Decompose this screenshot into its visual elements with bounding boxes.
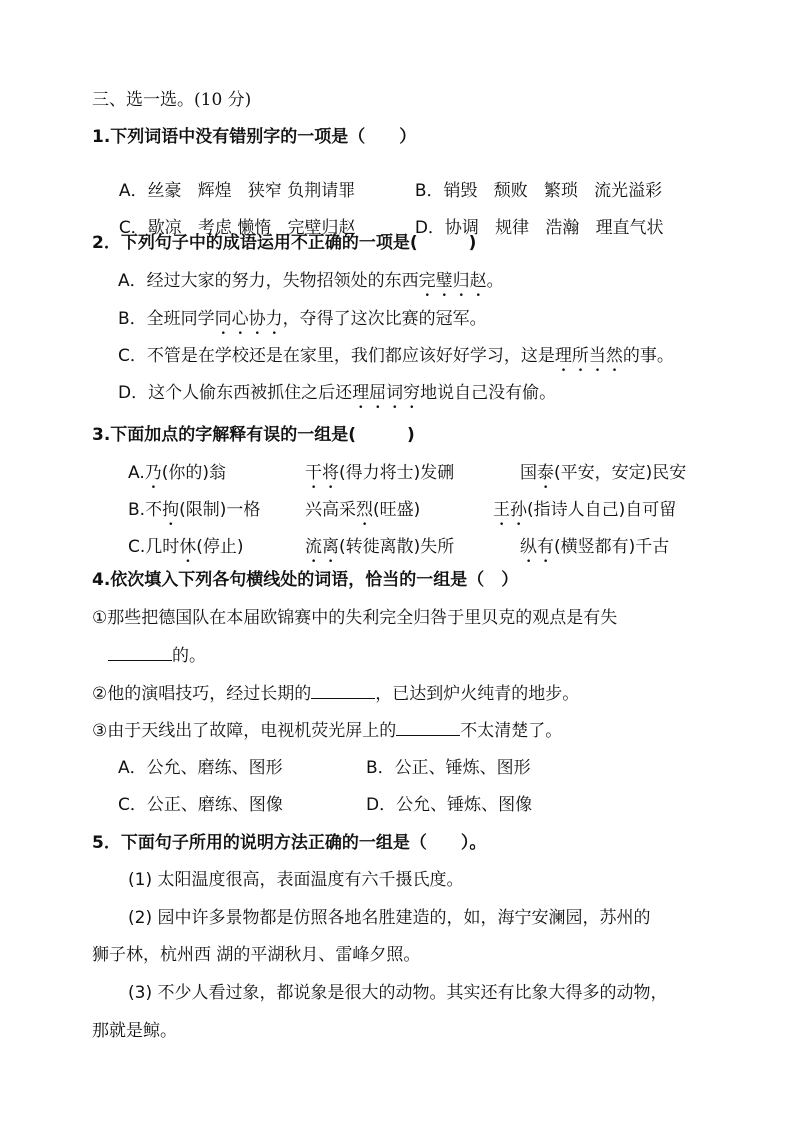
- word: 浩瀚: [545, 218, 579, 238]
- option-label: C.: [128, 537, 145, 557]
- fill-blank-1[interactable]: [108, 644, 172, 661]
- text: 公正、磨练、图像: [147, 795, 283, 815]
- q4-sentence-1: ①那些把德国队在本届欧锦赛中的失利完全归咎于里贝克的观点是有失: [92, 607, 617, 629]
- text: 国: [520, 463, 537, 483]
- text: (平安，安定)民安: [554, 463, 686, 483]
- text: ③由于天线出了故障，电视机荧光屏上的: [92, 721, 396, 741]
- text: 几时: [145, 537, 179, 557]
- text: 不太清楚了。: [460, 721, 562, 741]
- word: 规律: [495, 218, 529, 238]
- text: 。: [487, 271, 504, 291]
- text: (得力将士)发硎: [339, 463, 454, 483]
- dotted-char: 流离: [305, 537, 339, 557]
- text: ②他的演唱技巧，经过长期的: [92, 684, 311, 704]
- dotted-char: 休: [179, 537, 196, 557]
- text: (停止): [196, 537, 243, 557]
- q5-sentence-2: (2) 园中许多景物都是仿照各地名胜建造的，如，海宁安澜园，苏州的: [128, 907, 650, 929]
- text: (横竖都有)千古: [554, 537, 669, 557]
- option-label: B.: [128, 500, 145, 520]
- q3-b-item-3: 王孙(指诗人自己)自可留: [493, 499, 676, 530]
- q4-sentence-1-cont: 的。: [108, 644, 206, 667]
- dotted-char: 泰: [537, 463, 554, 483]
- text: 的。: [172, 646, 206, 666]
- text: 地说自己没有偷。: [420, 383, 556, 403]
- dotted-idiom: 同心协力: [215, 309, 283, 329]
- q5-sentence-3: (3) 不少人看过象，都说象是很大的动物。其实还有比象大得多的动物，: [128, 982, 667, 1004]
- q3-c-item-2: 流离(转徙离散)失所: [305, 536, 454, 567]
- text: (旺盛): [373, 500, 420, 520]
- dotted-char: 王孙: [493, 500, 527, 520]
- text: ，夺得了这次比赛的冠军。: [283, 309, 487, 329]
- q2-option-d[interactable]: D．这个人偷东西被抓住之后还理屈词穷地说自己没有偷。: [118, 382, 556, 413]
- question-4-stem: 4.依次填入下列各句横线处的词语，恰当的一组是（ ）: [92, 569, 518, 591]
- option-label: C．: [118, 795, 147, 815]
- text: 这个人偷东西被抓住之后还: [148, 383, 352, 403]
- dotted-char: 拘: [162, 500, 179, 520]
- q3-a-item-3: 国泰(平安，安定)民安: [520, 462, 686, 493]
- q4-option-b[interactable]: B．公正、锤炼、图形: [366, 757, 531, 779]
- q2-option-a[interactable]: A．经过大家的努力，失物招领处的东西完璧归赵。: [118, 270, 504, 301]
- text: (指诗人自己)自可留: [527, 500, 676, 520]
- text: 全班同学: [147, 309, 215, 329]
- dotted-char: 乃: [145, 463, 162, 483]
- q4-option-d[interactable]: D．公允、锤炼、图像: [366, 794, 532, 816]
- option-label: D．: [118, 383, 148, 403]
- option-label: D．: [366, 795, 396, 815]
- option-label: A.: [128, 463, 145, 483]
- text: ，已达到炉火纯青的地步。: [375, 684, 579, 704]
- dotted-idiom: 理屈词穷: [352, 383, 420, 403]
- q3-a-item-2: 干将(得力将士)发硎: [305, 462, 454, 493]
- q3-c-item-1[interactable]: C.几时休(停止): [128, 536, 244, 567]
- word: 理直气状: [596, 218, 664, 238]
- q5-sentence-3-cont: 那就是鲸。: [92, 1020, 177, 1042]
- text: 公允、锤炼、图像: [396, 795, 532, 815]
- text: 经过大家的努力，失物招领处的东西: [147, 271, 419, 291]
- q4-sentence-2: ②他的演唱技巧，经过长期的，已达到炉火纯青的地步。: [92, 682, 579, 705]
- text: (你的)翁: [162, 463, 226, 483]
- section-title: 三、选一选。(10 分): [92, 89, 251, 111]
- q4-option-c[interactable]: C．公正、磨练、图像: [118, 794, 283, 816]
- dotted-char: 干将: [305, 463, 339, 483]
- q5-sentence-2-cont: 狮子林，杭州西 湖的平湖秋月、雷峰夕照。: [92, 944, 420, 966]
- text: 的事。: [623, 346, 674, 366]
- option-label: B．: [118, 309, 147, 329]
- option-label: A．: [118, 271, 147, 291]
- dotted-idiom: 完璧归赵: [419, 271, 487, 291]
- q3-b-item-1[interactable]: B.不拘(限制)一格: [128, 499, 260, 530]
- q2-option-c[interactable]: C．不管是在学校还是在家里，我们都应该好好学习，这是理所当然的事。: [118, 345, 674, 376]
- q4-option-a[interactable]: A．公允、磨练、图形: [118, 757, 283, 779]
- text: 不: [145, 500, 162, 520]
- question-3-stem: 3.下面加点的字解释有误的一组是( ): [92, 424, 415, 446]
- text: (限制)一格: [179, 500, 260, 520]
- q2-option-b[interactable]: B．全班同学同心协力，夺得了这次比赛的冠军。: [118, 308, 487, 339]
- question-2-stem: 2．下列句子中的成语运用不正确的一项是( ): [92, 232, 476, 254]
- q5-sentence-1: (1) 太阳温度很高，表面温度有六千摄氏度。: [128, 869, 463, 891]
- text: 不管是在学校还是在家里，我们都应该好好学习，这是: [147, 346, 555, 366]
- option-label: C．: [118, 346, 147, 366]
- text: 公正、锤炼、图形: [395, 758, 531, 778]
- dotted-char: 烈: [356, 500, 373, 520]
- dotted-char: 纵有: [520, 537, 554, 557]
- text: 兴高采: [305, 500, 356, 520]
- q3-a-item-1[interactable]: A.乃(你的)翁: [128, 462, 226, 493]
- q3-c-item-3: 纵有(横竖都有)千古: [520, 536, 669, 567]
- question-5-stem: 5．下面句子所用的说明方法正确的一组是（ ）。: [92, 832, 486, 854]
- option-label: B．: [366, 758, 395, 778]
- q4-sentence-3: ③由于天线出了故障，电视机荧光屏上的不太清楚了。: [92, 719, 562, 742]
- fill-blank-3[interactable]: [396, 719, 460, 736]
- dotted-idiom: 理所当然: [555, 346, 623, 366]
- q3-b-item-2: 兴高采烈(旺盛): [305, 499, 420, 530]
- text: 公允、磨练、图形: [147, 758, 283, 778]
- question-1-stem: 1.下列词语中没有错别字的一项是（ ）: [92, 126, 416, 148]
- fill-blank-2[interactable]: [311, 682, 375, 699]
- text: (转徙离散)失所: [339, 537, 454, 557]
- option-label: A．: [118, 758, 147, 778]
